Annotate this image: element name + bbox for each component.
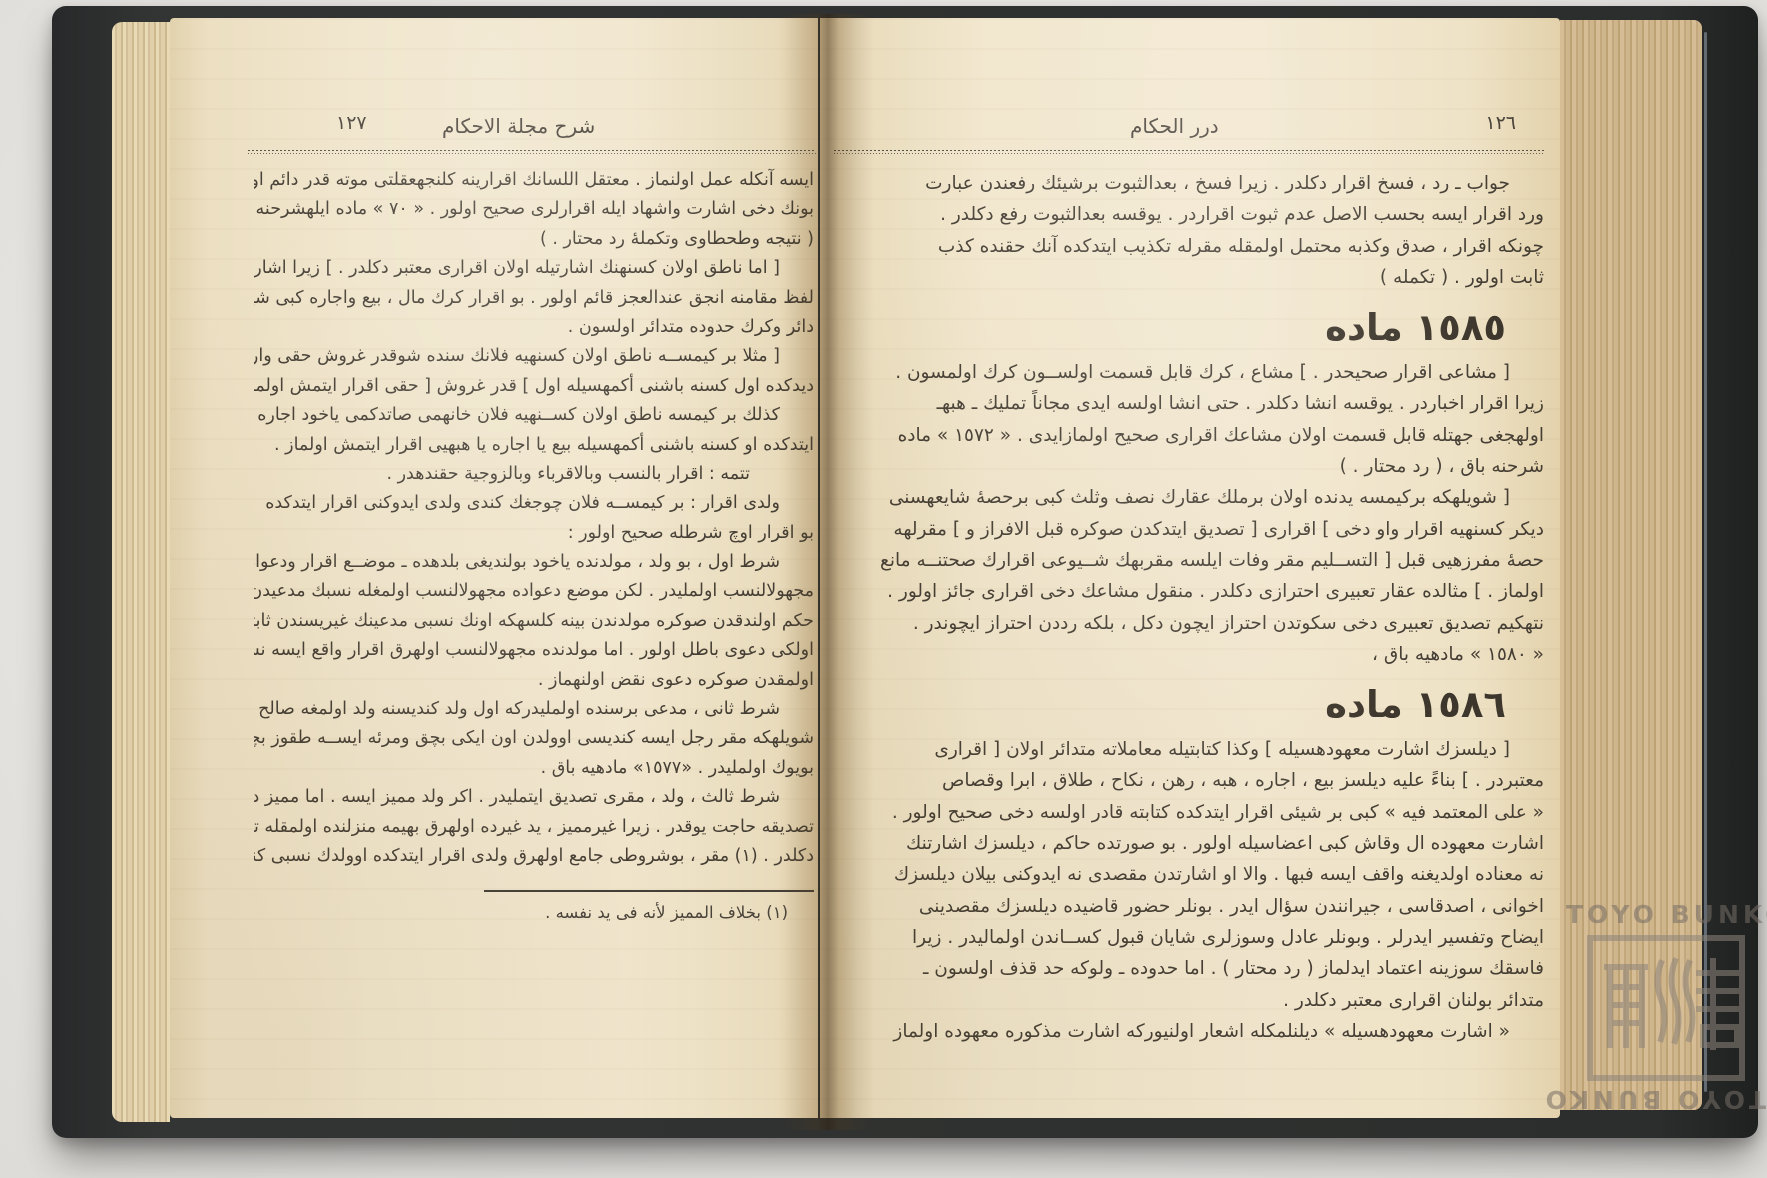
text-line: ولدى اقرار : بر كيمســه فلان چوجغك كندى … xyxy=(254,489,814,518)
text-line: ايضاح وتفسير ايدرلر . وبونلر عادل وسوزلر… xyxy=(842,922,1544,953)
text-line: اشارت معهوده ال وقاش كبى اعضاسيله اولور … xyxy=(842,828,1544,859)
text-line: حصهٔ مفرزهيى قبل [ التســليم مقر وفات اي… xyxy=(842,545,1544,576)
text-line: شويلهكه مقر رجل ايسه كنديسى اوولدن اون ا… xyxy=(254,724,814,753)
text-line: « ١٥٨٠ » مادهيه باق ، xyxy=(842,639,1544,670)
text-line: نه معناده اولديغنه واقف ايسه فبها . والا… xyxy=(842,859,1544,890)
text-line: ١٥٨٥ ماده xyxy=(842,293,1544,357)
text-line: كذلك بر كيمسه ناطق اولان كســنهيه فلان خ… xyxy=(254,401,814,430)
cover-seam xyxy=(1704,32,1707,1092)
right-page: درر الحكام ١٢٦ جواب ـ رد ، فسخ اقرار دكل… xyxy=(820,18,1560,1118)
text-line: اولمقدن صوكره دعوى نقض اولنهماز . xyxy=(254,666,814,695)
text-line: متدائر بولنان اقرارى معتبر دكلدر . xyxy=(842,985,1544,1016)
left-page-header-title: شرح مجلة الاحكام xyxy=(442,114,595,138)
text-line: معتبردر . ] بناءً عليه ديلسز بيع ، اجاره… xyxy=(842,765,1544,796)
text-line: بو اقرار اوچ شرطله صحيح اولور : xyxy=(254,519,814,548)
text-line: ايتدكده او كسنه باشنى أكمهسيله بيع يا اج… xyxy=(254,431,814,460)
text-line: تتمه : اقرار بالنسب وبالاقرباء وبالزوجية… xyxy=(254,460,814,489)
left-page-number: ١٢٧ xyxy=(336,112,367,134)
text-line: ثابت اولور . ( تكمله ) xyxy=(842,262,1544,293)
text-line: شرط اول ، بو ولد ، مولدنده ياخود بولنديغ… xyxy=(254,548,814,577)
text-line: شرحنه باق ، ( رد محتار . ) xyxy=(842,451,1544,482)
footnote: (١) بخلاف المميز لأنه فى يد نفسه . xyxy=(545,900,788,926)
text-line: اولكى دعوى باطل اولور . اما مولدنده مجهو… xyxy=(254,636,814,665)
text-line: جواب ـ رد ، فسخ اقرار دكلدر . زيرا فسخ ،… xyxy=(842,168,1544,199)
footnote-rule xyxy=(484,890,814,892)
text-line: زيرا اقرار اخباردر . يوقسه انشا دكلدر . … xyxy=(842,388,1544,419)
left-fore-edge xyxy=(112,22,170,1122)
text-line: ديكر كسنهيه اقرار واو دخى ] اقرارى [ تصد… xyxy=(842,514,1544,545)
text-line: دكلدر . (١) مقر ، بوشروطى جامع اولهرق ول… xyxy=(254,842,814,871)
text-line: نتهكيم تصديق تعبيرى دخى سكوتدن احتراز اي… xyxy=(842,608,1544,639)
left-page-text: ايسه آنكله عمل اولنماز . معتقل اللسانك ا… xyxy=(254,166,814,871)
text-line: اولماز . ] مثالده عقار تعبيرى احترازى دك… xyxy=(842,576,1544,607)
text-line: بويوك اولمليدر . «١٥٧٧» مادهيه باق . xyxy=(254,754,814,783)
text-line: شرط ثانى ، مدعى برسنده اولمليدركه اول ول… xyxy=(254,695,814,724)
text-line: ديدكده اول كسنه باشنى أكمهسيله اول ] قدر… xyxy=(254,372,814,401)
text-line: [ مشاعى اقرار صحيحدر . ] مشاع ، كرك قابل… xyxy=(842,357,1544,388)
text-line: « على المعتمد فيه » كبى بر شيئى اقرار اي… xyxy=(842,797,1544,828)
text-line: حكم اولندقدن صوكره مولدندن بينه كلسهكه ا… xyxy=(254,607,814,636)
text-line: [ ديلسزك اشارت معهودهسيله ] وكذا كتابتيل… xyxy=(842,734,1544,765)
text-line: [ اما ناطق اولان كسنهنك اشارتيله اولان ا… xyxy=(254,254,814,283)
right-page-header: درر الحكام ١٢٦ xyxy=(820,114,1560,144)
right-page-text: جواب ـ رد ، فسخ اقرار دكلدر . زيرا فسخ ،… xyxy=(842,168,1544,1047)
text-line: ١٥٨٦ ماده xyxy=(842,670,1544,734)
text-line: لفظ مقامنه انجق عندالعجز قائم اولور . بو… xyxy=(254,284,814,313)
text-line: فاسقك سوزينه اعتماد ايدلماز ( رد محتار )… xyxy=(842,953,1544,984)
text-line: [ مثلا بر كيمســه ناطق اولان كسنهيه فلان… xyxy=(254,342,814,371)
text-line: ورد اقرار ايسه بحسب الاصل عدم ثبوت اقرار… xyxy=(842,199,1544,230)
right-fore-edge xyxy=(1560,20,1702,1110)
text-line: اولهجغى جهتله قابل قسمت اولان مشاعك اقرا… xyxy=(842,420,1544,451)
left-header-rule xyxy=(248,150,816,154)
left-page-header: ١٢٧ شرح مجلة الاحكام xyxy=(170,114,818,144)
text-line: ( نتيجه وطحطاوى وتكملهٔ رد محتار . ) xyxy=(254,225,814,254)
text-line: مجهولالنسب اولمليدر . لكن موضع دعواده مج… xyxy=(254,577,814,606)
text-line: چونكه اقرار ، صدق وكذبه محتمل اولمقله مق… xyxy=(842,231,1544,262)
text-line: « اشارت معهودهسيله » ديلنلمكله اشعار اول… xyxy=(842,1016,1544,1047)
book: ١٢٧ شرح مجلة الاحكام ايسه آنكله عمل اولن… xyxy=(52,6,1758,1138)
right-page-number: ١٢٦ xyxy=(1485,112,1516,134)
text-line: شرط ثالث ، ولد ، مقرى تصديق ايتمليدر . ا… xyxy=(254,783,814,812)
left-page: ١٢٧ شرح مجلة الاحكام ايسه آنكله عمل اولن… xyxy=(170,18,818,1118)
text-line: تصديقه حاجت يوقدر . زيرا غيرمميز ، يد غي… xyxy=(254,813,814,842)
photo-backdrop: ١٢٧ شرح مجلة الاحكام ايسه آنكله عمل اولن… xyxy=(0,0,1767,1178)
right-page-header-title: درر الحكام xyxy=(1130,114,1219,138)
text-line: اخوانى ، اصدقاسى ، جيرانندن سؤال ايدر . … xyxy=(842,891,1544,922)
text-line: [ شويلهكه بركيمسه يدنده اولان برملك عقار… xyxy=(842,482,1544,513)
right-header-rule xyxy=(834,150,1544,154)
text-line: دائر وكرك حدوده متدائر اولسون . xyxy=(254,313,814,342)
text-line: بونك دخى اشارت واشهاد ايله اقرارلرى صحيح… xyxy=(254,195,814,224)
text-line: ايسه آنكله عمل اولنماز . معتقل اللسانك ا… xyxy=(254,166,814,195)
